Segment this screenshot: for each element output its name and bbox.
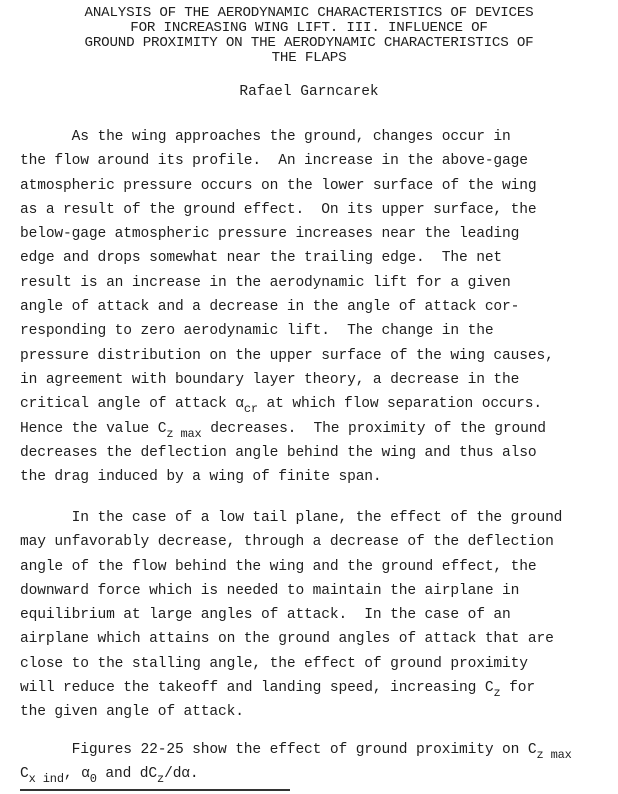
text-line: edge and drops somewhat near the trailin… — [20, 246, 554, 270]
text-span: C — [20, 766, 29, 782]
text-line: below-gage atmospheric pressure increase… — [20, 222, 554, 246]
subscript: x ind — [29, 772, 64, 786]
text-line: as a result of the ground effect. On its… — [20, 198, 554, 222]
text-span: for — [501, 680, 535, 696]
text-span: will reduce the takeoff and landing spee… — [20, 680, 493, 696]
text-line: in agreement with boundary layer theory,… — [20, 368, 554, 392]
title-line-2: FOR INCREASING WING LIFT. III. INFLUENCE… — [0, 21, 618, 36]
text-span: decreases. The proximity of the ground — [202, 421, 546, 437]
text-line: angle of attack and a decrease in the an… — [20, 295, 554, 319]
text-line: decreases the deflection angle behind th… — [20, 441, 554, 465]
title-line-4: THE FLAPS — [0, 51, 618, 66]
text-span: and dC — [97, 766, 157, 782]
text-line: may unfavorably decrease, through a decr… — [20, 530, 562, 554]
paragraph-figures: Figures 22-25 show the effect of ground … — [20, 738, 572, 787]
text-span: Figures 22-25 show the effect of ground … — [20, 742, 536, 758]
subscript: z max — [166, 427, 201, 441]
document-title: ANALYSIS OF THE AERODYNAMIC CHARACTERIST… — [0, 6, 618, 66]
subscript: 0 — [90, 772, 97, 786]
text-line: angle of the flow behind the wing and th… — [20, 555, 562, 579]
text-line: Cx ind, α0 and dCz/dα. — [20, 762, 572, 786]
text-line: pressure distribution on the upper surfa… — [20, 344, 554, 368]
text-line: the given angle of attack. — [20, 700, 562, 724]
subscript: cr — [244, 402, 258, 416]
text-line: Hence the value Cz max decreases. The pr… — [20, 417, 554, 441]
text-line: will reduce the takeoff and landing spee… — [20, 676, 562, 700]
text-line: downward force which is needed to mainta… — [20, 579, 562, 603]
text-line: responding to zero aerodynamic lift. The… — [20, 319, 554, 343]
paragraph-ground-effect: As the wing approaches the ground, chang… — [20, 125, 554, 489]
text-line: critical angle of attack αcr at which fl… — [20, 392, 554, 416]
text-line: close to the stalling angle, the effect … — [20, 652, 562, 676]
text-line: the drag induced by a wing of finite spa… — [20, 465, 554, 489]
text-span: /dα. — [164, 766, 198, 782]
text-span: at which flow separation occurs. — [258, 396, 542, 412]
text-line: result is an increase in the aerodynamic… — [20, 271, 554, 295]
footnote-rule — [20, 789, 290, 791]
text-line: In the case of a low tail plane, the eff… — [20, 506, 562, 530]
text-span: critical angle of attack α — [20, 396, 244, 412]
text-line: the flow around its profile. An increase… — [20, 149, 554, 173]
text-line: atmospheric pressure occurs on the lower… — [20, 174, 554, 198]
text-line: equilibrium at large angles of attack. I… — [20, 603, 562, 627]
text-span: Hence the value C — [20, 421, 166, 437]
paragraph-tail-plane: In the case of a low tail plane, the eff… — [20, 506, 562, 725]
subscript: z — [493, 686, 500, 700]
author-name: Rafael Garncarek — [0, 84, 618, 100]
text-span: , α — [64, 766, 90, 782]
subscript: z max — [536, 748, 571, 762]
title-line-1: ANALYSIS OF THE AERODYNAMIC CHARACTERIST… — [0, 6, 618, 21]
text-line: airplane which attains on the ground ang… — [20, 627, 562, 651]
text-line: Figures 22-25 show the effect of ground … — [20, 738, 572, 762]
text-line: As the wing approaches the ground, chang… — [20, 125, 554, 149]
title-line-3: GROUND PROXIMITY ON THE AERODYNAMIC CHAR… — [0, 36, 618, 51]
